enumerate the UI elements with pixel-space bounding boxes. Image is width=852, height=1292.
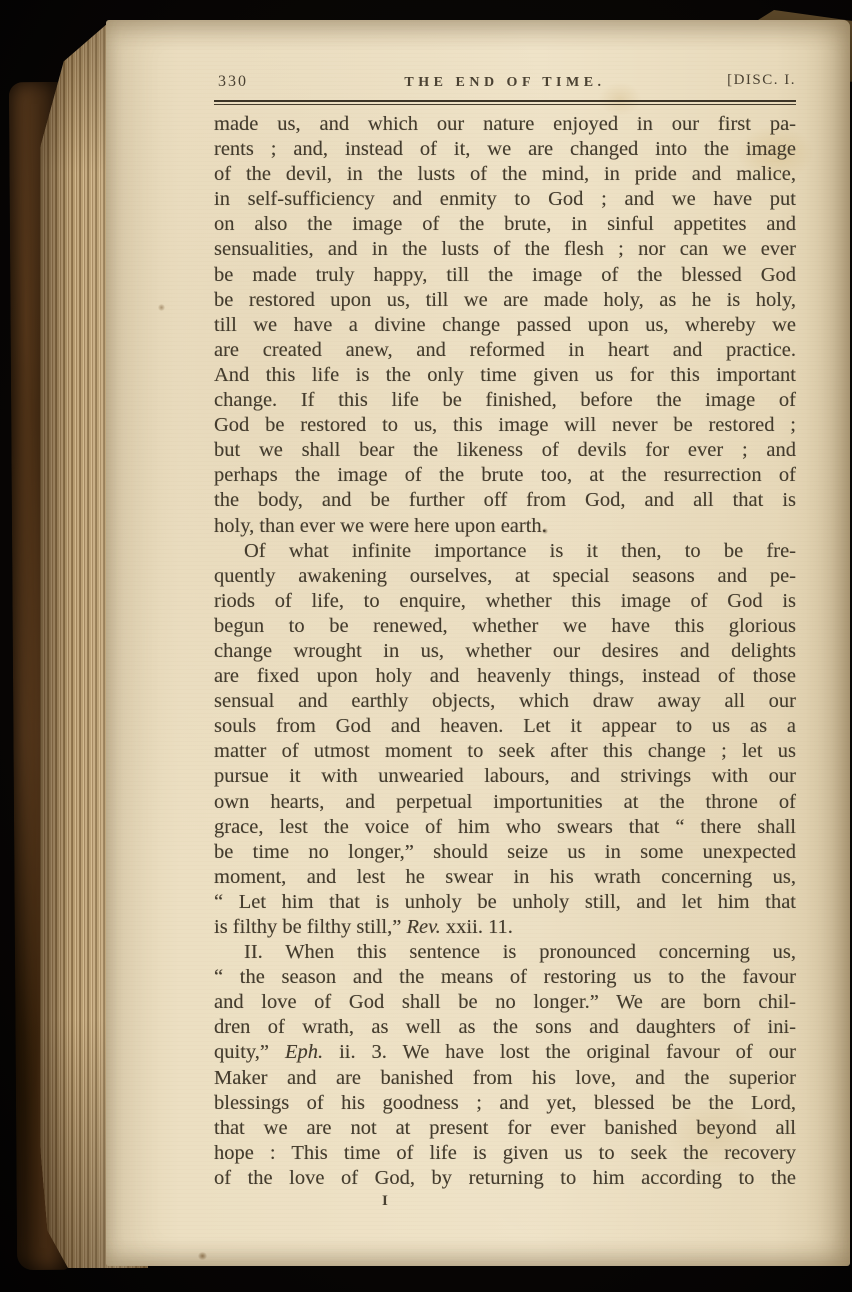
text-line: are created anew, and reformed in heart …	[214, 338, 796, 363]
text-line: perhaps the image of the brute too, at t…	[214, 463, 796, 488]
text-line: in self-sufficiency and enmity to God ; …	[214, 187, 796, 212]
text-line: change wrought in us, whether our desire…	[214, 639, 796, 664]
text-line: grace, lest the voice of him who swears …	[214, 815, 796, 840]
text-line: “ the season and the means of restoring …	[214, 965, 796, 990]
text-line: of the devil, in the lusts of the mind, …	[214, 162, 796, 187]
text-block: 330 THE END OF TIME. [DISC. I. made us, …	[214, 20, 796, 1210]
text-line: sensualities, and in the lusts of the fl…	[214, 237, 796, 262]
text-line: begun to be renewed, whether we have thi…	[214, 614, 796, 639]
page-number: 330	[218, 73, 248, 91]
text-line: pursue it with unwearied labours, and st…	[214, 764, 796, 789]
text-line: holy, than ever we were here upon earth.	[214, 514, 796, 539]
running-title: THE END OF TIME.	[404, 75, 605, 91]
text-line: dren of wrath, as well as the sons and d…	[214, 1015, 796, 1040]
text-line: change. If this life be finished, before…	[214, 388, 796, 413]
text-line: till we have a divine change passed upon…	[214, 313, 796, 338]
text-line: but we shall bear the likeness of devils…	[214, 438, 796, 463]
text-line: on also the image of the brute, in sinfu…	[214, 212, 796, 237]
text-line: own hearts, and perpetual importunities …	[214, 790, 796, 815]
text-line: be restored upon us, till we are made ho…	[214, 288, 796, 313]
text-line: be time no longer,” should seize us in s…	[214, 840, 796, 865]
text-line: Of what infinite importance is it then, …	[214, 539, 796, 564]
text-line: souls from God and heaven. Let it appear…	[214, 714, 796, 739]
text-line: quently awakening ourselves, at special …	[214, 564, 796, 589]
text-line: II. When this sentence is pronounced con…	[214, 940, 796, 965]
text-line: quity,” Eph. ii. 3. We have lost the ori…	[214, 1040, 796, 1065]
text-line: riods of life, to enquire, whether this …	[214, 589, 796, 614]
text-line: and love of God shall be no longer.” We …	[214, 990, 796, 1015]
text-line: hope : This time of life is given us to …	[214, 1141, 796, 1166]
text-line: matter of utmost moment to seek after th…	[214, 739, 796, 764]
text-line: God be restored to us, this image will n…	[214, 413, 796, 438]
stain-spot	[158, 304, 165, 311]
text-line: is filthy be filthy still,” Rev. xxii. 1…	[214, 915, 796, 940]
discourse-label: [DISC. I.	[727, 72, 796, 89]
text-line: are fixed upon holy and heavenly things,…	[214, 664, 796, 689]
signature-mark: I	[214, 1193, 796, 1210]
running-head: 330 THE END OF TIME. [DISC. I.	[214, 72, 796, 94]
text-line: made us, and which our nature enjoyed in…	[214, 112, 796, 137]
photo-background: 330 THE END OF TIME. [DISC. I. made us, …	[0, 0, 852, 1292]
text-line: blessings of his goodness ; and yet, ble…	[214, 1091, 796, 1116]
text-line: And this life is the only time given us …	[214, 363, 796, 388]
text-line: of the love of God, by returning to him …	[214, 1166, 796, 1191]
text-line: rents ; and, instead of it, we are chang…	[214, 137, 796, 162]
text-line: “ Let him that is unholy be unholy still…	[214, 890, 796, 915]
stain-spot	[198, 1252, 207, 1260]
header-rule	[214, 100, 796, 105]
text-line: sensual and earthly objects, which draw …	[214, 689, 796, 714]
text-line: be made truly happy, till the image of t…	[214, 263, 796, 288]
body-text: made us, and which our nature enjoyed in…	[214, 112, 796, 1191]
book-page: 330 THE END OF TIME. [DISC. I. made us, …	[106, 20, 850, 1266]
text-line: that we are not at present for ever bani…	[214, 1116, 796, 1141]
text-line: moment, and lest he swear in his wrath c…	[214, 865, 796, 890]
text-line: Maker and are banished from his love, an…	[214, 1066, 796, 1091]
text-line: the body, and be further off from God, a…	[214, 488, 796, 513]
